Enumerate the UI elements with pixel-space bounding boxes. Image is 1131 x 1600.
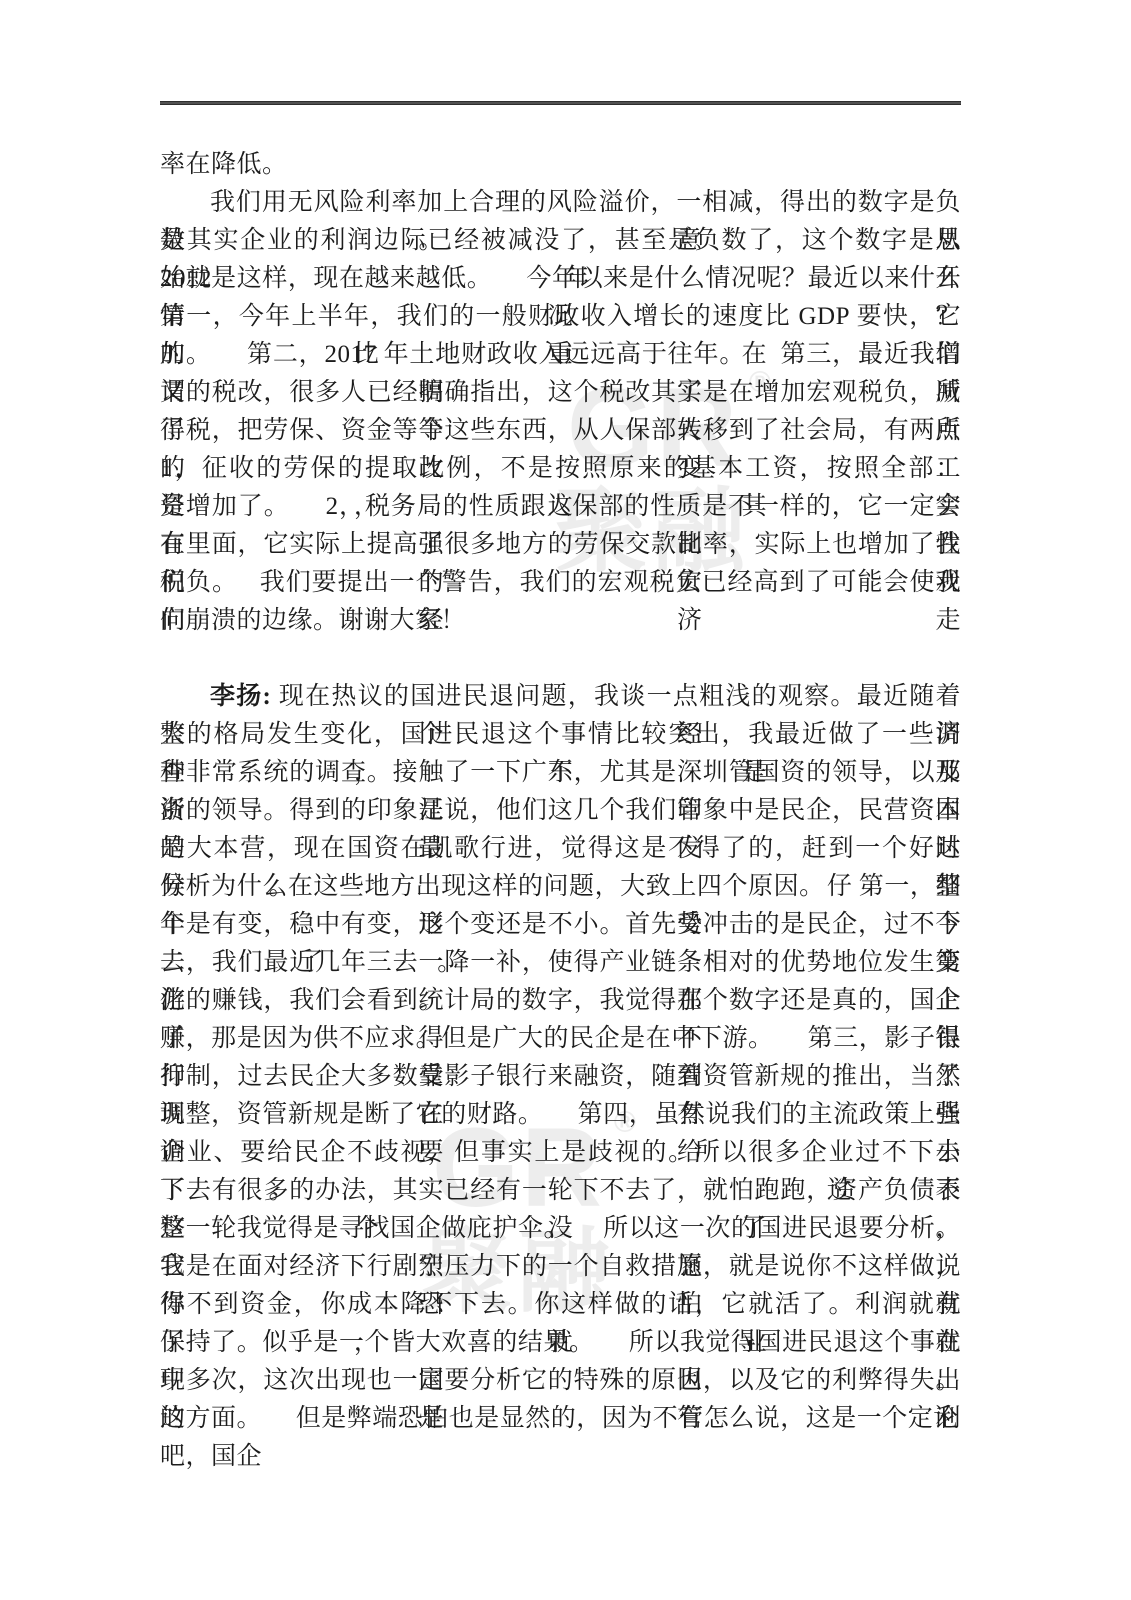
document-page: GR® 聚融 GR® 聚融 率在降低。我们用无风险利率加上合理的风险溢价，一相减…	[0, 0, 1131, 1600]
text-line: 第一，今年上半年，我们的一般财政收入增长的速度比 GDP 要快，它的比重在增	[160, 298, 961, 336]
text-line: 的方面。 但是弊端恐怕也是显然的，因为不管怎么说，这是一个定论吧，国企	[160, 1400, 961, 1438]
text-line: 始就是这样，现在越来越低。 今年以来是什么情况呢？最近以来什么情况？	[160, 260, 961, 298]
text-line: 种非常系统的调查。接触了一下广东，尤其是深圳管国资的领导，以及浙江管国	[160, 754, 961, 792]
text-line: 我们用无风险利率加上合理的风险溢价，一相减，得出的数字是负数。意思	[160, 184, 961, 222]
text-line: 的大本营，现在国资在凯歌行进，觉得这是不得了的，赶到一个好时候。 仔细	[160, 830, 961, 868]
text-line: 这一轮我觉得是寻找国企做庇护伞。 所以这一次的国进民退要分析，我宁愿说	[160, 1210, 961, 1248]
text-line: 调整，资管新规是断了它的财路。 第四，虽然说我们的主流政策上强调要给小	[160, 1096, 961, 1134]
body-text: 率在降低。我们用无风险利率加上合理的风险溢价，一相减，得出的数字是负数。意思是其…	[160, 146, 961, 1438]
text-line: 大的格局发生变化，国进民退这个事情比较突出，我最近做了一些调查，不是那	[160, 716, 961, 754]
text-line: 资的领导。得到的印象是说，他们这几个我们印象中是民企，民营资本是最发达	[160, 792, 961, 830]
text-line: 得不到资金，你成本降不下去。你这样做的话，它就活了。利润就有了，就业就	[160, 1286, 961, 1324]
text-line: 是其实企业的利润边际已经被减没了，甚至是负数了，这个数字是从 2012 年开	[160, 222, 961, 260]
text-line: 现多次，这次出现也一定要分析它的特殊的原因，以及它的利弊得失。这是有利	[160, 1362, 961, 1400]
text-line: 抑制，过去民企大多数靠影子银行来融资，随着资管新规的推出，当然现在有些	[160, 1058, 961, 1096]
text-line: 1，征收的劳保的提取比例，不是按照原来的基本工资，按照全部工资，这其实	[160, 450, 961, 488]
text-line: 分析为什么在这些地方出现这样的问题，大致上四个原因。 第一，整个形势今	[160, 868, 961, 906]
text-line: 了，那是因为供不应求。但是广大的民企是在中下游。 第三，影子银行受到了	[160, 1020, 961, 1058]
text-line: 年是有变，稳中有变，这个变还是不小。首先受冲击的是民企，过不下去了。 第	[160, 906, 961, 944]
text-line: 在里面，它实际上提高了很多地方的劳保交款比率，实际上也增加了我们的宏观	[160, 526, 961, 564]
speaker-name: 李扬:	[210, 683, 279, 710]
text-line: 游的赚钱，我们会看到统计局的数字，我觉得那个数字还是真的，国企赚得不得	[160, 982, 961, 1020]
text-line: 是增加了。 2，税务局的性质跟人保部的性质是不一样的，它一定会有强制性	[160, 488, 961, 526]
text-line: 税负。 我们要提出一个警告，我们的宏观税负已经高到了可能会使我们经济走	[160, 564, 961, 602]
text-line: 李扬: 现在热议的国进民退问题，我谈一点粗浅的观察。最近随着整个经济	[160, 678, 961, 716]
text-line: 率在降低。	[160, 146, 961, 184]
text-line: 它是在面对经济下行剧烈压力下的一个自救措施，就是说你不这样做，你恐怕就	[160, 1248, 961, 1286]
text-line: 企业、要给民企不歧视，但事实上是歧视的。所以很多企业过不下去了。 过不	[160, 1134, 961, 1172]
text-line: 谓的税改，很多人已经明确指出，这个税改其实是在增加宏观税负，减了个人所	[160, 374, 961, 412]
text-line: 下去有很多的办法，其实已经有一轮下不去了，就怕跑跑，资产负债表整个没了。	[160, 1172, 961, 1210]
text-line: 得税，把劳保、资金等等这些东西，从人保部转移到了社会局，有两点的改变：	[160, 412, 961, 450]
text-line: 二，我们最近几年三去一降一补，使得产业链条相对的优势地位发生变化。在上	[160, 944, 961, 982]
text-line: 保持了。似乎是一个皆大欢喜的结果。 所以我觉得国进民退这个事在中国也出	[160, 1324, 961, 1362]
text-line: 加。 第二，2017 年土地财政收入远远高于往年。 第三，最近我们又搞了所	[160, 336, 961, 374]
header-rule	[160, 101, 961, 105]
